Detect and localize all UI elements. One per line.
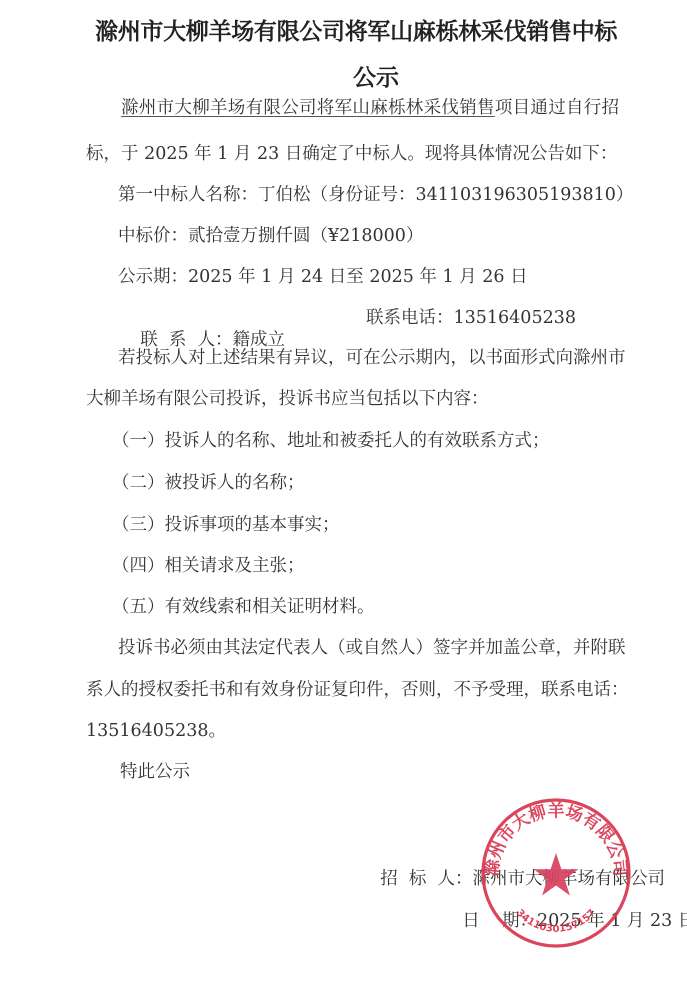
document-page: 滁州市大柳羊场有限公司将军山麻栎林采伐销售中标 公示 滁州市大柳羊场有限公司将军…	[0, 0, 687, 1006]
date-line: 日 期：2025 年 1 月 23 日	[440, 888, 687, 954]
list-item-4: （四）相关请求及主张；	[112, 555, 305, 577]
winner-line: 第一中标人名称：丁伯松（身份证号：341103196305193810）	[118, 184, 633, 206]
list-item-5: （五）有效线索和相关证明材料。	[112, 596, 375, 618]
intro-line-1-rest: 项目通过自行招	[495, 98, 620, 118]
price-value: 贰拾壹万捌仟圆（¥218000）	[188, 226, 423, 246]
requirements-line-3: 13516405238。	[86, 720, 226, 742]
list-item-2: （二）被投诉人的名称；	[112, 472, 305, 494]
requirements-line-1: 投诉书必须由其法定代表人（或自然人）签字并加盖公章，并附联	[118, 637, 626, 659]
period-line: 公示期：2025 年 1 月 24 日至 2025 年 1 月 26 日	[118, 266, 528, 288]
period-label: 公示期：	[118, 267, 188, 287]
date-label: 日 期：	[462, 911, 537, 931]
objection-line-2: 大柳羊场有限公司投诉，投诉书应当包括以下内容：	[86, 388, 489, 410]
closing-text: 特此公示	[120, 761, 190, 783]
winner-label: 第一中标人名称：	[118, 185, 258, 205]
list-item-3: （三）投诉事项的基本事实；	[112, 514, 340, 536]
requirements-line-2: 系人的授权委托书和有效身份证复印件，否则，不予受理，联系电话：	[86, 679, 629, 701]
objection-line-1: 若投标人对上述结果有异议，可在公示期内，以书面形式向滁州市	[118, 347, 626, 369]
winner-name: 丁伯松	[258, 185, 311, 205]
phone-value: 13516405238	[454, 308, 576, 328]
intro-line-2: 标，于 2025 年 1 月 23 日确定了中标人。现将具体情况公告如下：	[86, 143, 617, 165]
list-item-1: （一）投诉人的名称、地址和被委托人的有效联系方式；	[112, 430, 550, 452]
tenderer-label: 招 标 人：	[380, 869, 472, 889]
intro-line-1: 滁州市大柳羊场有限公司将军山麻栎林采伐销售项目通过自行招	[121, 97, 619, 119]
phone-line: 联系电话：13516405238	[366, 307, 576, 329]
document-title-line2: 公示	[0, 59, 687, 92]
project-name: 滁州市大柳羊场有限公司将军山麻栎林采伐销售	[121, 98, 495, 118]
period-value: 2025 年 1 月 24 日至 2025 年 1 月 26 日	[188, 267, 528, 287]
phone-label: 联系电话：	[366, 308, 454, 328]
price-label: 中标价：	[118, 226, 188, 246]
winner-id: （身份证号：341103196305193810）	[311, 185, 634, 205]
price-line: 中标价：贰拾壹万捌仟圆（¥218000）	[118, 225, 423, 247]
document-title: 滁州市大柳羊场有限公司将军山麻栎林采伐销售中标	[95, 13, 660, 46]
tenderer-value: 滁州市大柳羊场有限公司	[473, 869, 666, 889]
date-value: 2025 年 1 月 23 日	[537, 911, 687, 931]
